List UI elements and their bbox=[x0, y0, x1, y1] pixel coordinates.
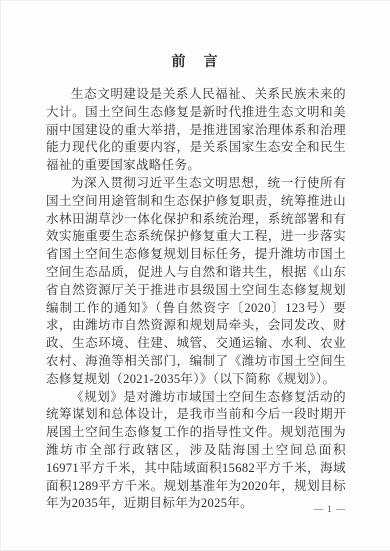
paragraph-1: 生态文明建设是关系人民福祉、关系民族未来的大计。国土空间生态修复是新时代推进生态… bbox=[46, 86, 346, 175]
paragraph-2: 为深入贯彻习近平生态文明思想，统一行使所有国土空间用途管制和生态保护修复职责，统… bbox=[46, 175, 346, 389]
page-number: — 1 — bbox=[314, 504, 346, 514]
page-title: 前 言 bbox=[1, 1, 390, 71]
paragraph-3: 《规划》是对潍坊市域国土空间生态修复活动的统筹谋划和总体设计，是我市当前和今后一… bbox=[46, 389, 346, 514]
body-text: 生态文明建设是关系人民福祉、关系民族未来的大计。国土空间生态修复是新时代推进生态… bbox=[1, 86, 390, 513]
document-page: 前 言 生态文明建设是关系人民福祉、关系民族未来的大计。国土空间生态修复是新时代… bbox=[0, 0, 390, 551]
